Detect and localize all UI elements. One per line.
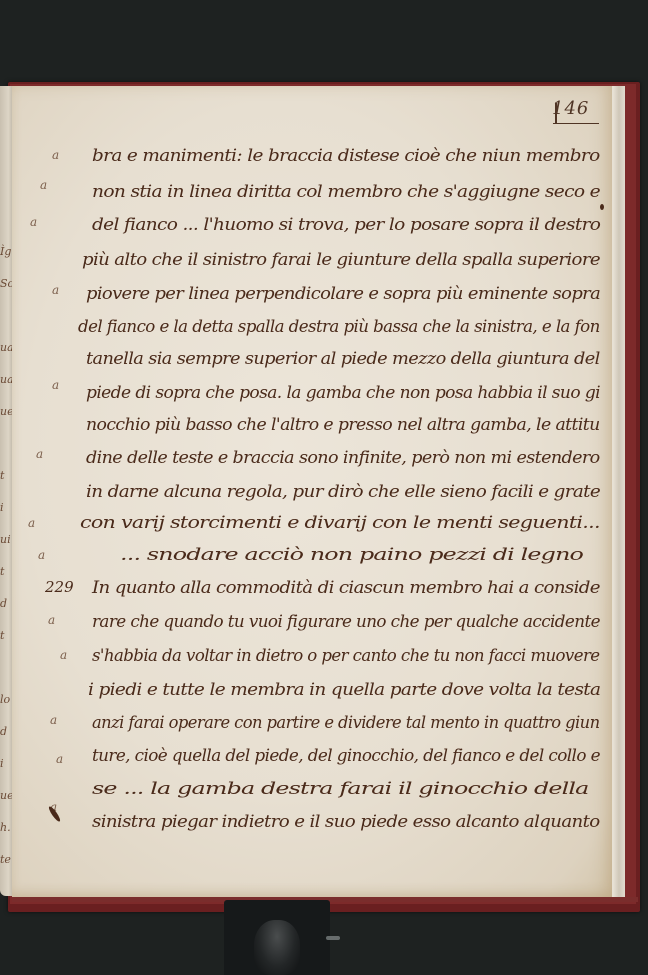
manuscript-line: piovere per linea perpendicolare e sopra… (86, 284, 600, 304)
clamp-screw (326, 936, 340, 940)
manuscript-line: più alto che il sinistro farai le giuntu… (82, 250, 600, 270)
manuscript-line: ... snodare acciò non paino pezzi di leg… (120, 545, 583, 565)
manuscript-line: In quanto alla commodità di ciascun memb… (92, 578, 600, 598)
manuscript-line: piede di sopra che posa. la gamba che no… (86, 383, 600, 403)
clamp-knob (254, 920, 300, 975)
manuscript-line: tanella sia sempre superior al piede mez… (86, 349, 600, 369)
margin-mark: a (52, 378, 59, 392)
margin-mark: a (30, 215, 37, 229)
manuscript-scene: Ìgio So ua ua ue t i ui t d t lo d i ue … (0, 0, 648, 975)
manuscript-line: bra e manimenti: le braccia distese cioè… (92, 146, 600, 166)
manuscript-line: sinistra piegar indietro e il suo piede … (92, 812, 600, 832)
margin-mark: a (36, 447, 43, 461)
folio-underline (553, 123, 599, 124)
ink-blot (600, 204, 604, 210)
manuscript-line: anzi farai operare con partire e divider… (92, 713, 600, 733)
margin-mark: a (48, 613, 55, 627)
manuscript-line: non stia in linea diritta col membro che… (92, 182, 600, 202)
margin-mark: a (52, 283, 59, 297)
manuscript-line: con varij storcimenti e divarij con le m… (80, 513, 600, 533)
manuscript-line: se ... la gamba destra farai il ginocchi… (92, 779, 588, 799)
margin-mark: a (50, 713, 57, 727)
manuscript-line: del fianco e la detta spalla destra più … (78, 317, 600, 337)
folio-number: 146 (552, 98, 589, 119)
margin-mark: a (40, 178, 47, 192)
manuscript-line: rare che quando tu vuoi figurare uno che… (92, 612, 600, 632)
manuscript-line: ture, cioè quella del piede, del ginocch… (92, 746, 600, 766)
manuscript-line: i piedi e tutte le membra in quella part… (88, 680, 600, 700)
margin-mark: a (52, 148, 59, 162)
margin-mark: a (28, 516, 35, 530)
margin-mark: a (60, 648, 67, 662)
paragraph-number: 229 (45, 578, 74, 596)
manuscript-line: del fianco ... l'huomo si trova, per lo … (92, 215, 600, 235)
margin-mark: a (38, 548, 45, 562)
manuscript-line: nocchio più basso che l'altro e presso n… (86, 415, 600, 435)
manuscript-line: in darne alcuna regola, pur dirò che ell… (86, 482, 600, 502)
manuscript-line: s'habbia da voltar in dietro o per canto… (92, 646, 600, 666)
manuscript-line: dine delle teste e braccia sono infinite… (86, 448, 600, 468)
margin-mark: a (56, 752, 63, 766)
